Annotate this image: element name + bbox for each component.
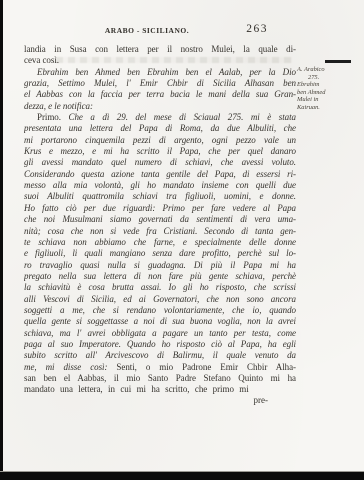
text-line: presentata una lettera del Papa di Roma,… [24, 123, 296, 134]
text-segment: la schiavitù è cosa brutta assai. Io gli… [24, 282, 296, 292]
text-segment: san ben el Aabbas, il mio Santo Padre St… [24, 373, 296, 383]
text-line: paga al suo Imperatore. Quando ho rispos… [24, 339, 296, 350]
text-line: ro travaglio quasi nulla si guadagna. Di… [24, 260, 296, 271]
text-segment: mandato una lettera, in cui mi ha scritt… [24, 384, 249, 394]
text-line: Ebrahim ben Ahmed ben Ebrahim ben el Aal… [24, 67, 296, 78]
text-segment: paga al suo Imperatore. Quando ho rispos… [24, 339, 296, 349]
text-segment: nità; cosa che non si vede fra Cristiani… [24, 226, 296, 236]
text-segment: Senti, o mio Padrone Emir Chbir Alha- [116, 362, 296, 372]
text-segment: presentata una lettera del Papa di Roma,… [24, 123, 296, 133]
page-number: 263 [246, 23, 268, 35]
text-segment: Krus e mezzo, e mi ha scritto il Papa, c… [24, 146, 296, 156]
margin-note-line: Ebrahim [297, 81, 357, 89]
text-segment: dezza, e le notifica: [24, 101, 93, 111]
text-segment: quella gente si soggettasse a noi di sua… [24, 316, 296, 326]
text-segment: Ho fatto ciò per due riguardi: Primo per… [24, 203, 296, 213]
scan-edge-left [0, 0, 3, 480]
body-text: landia in Susa con lettera per il nostro… [24, 44, 296, 396]
text-line: mi portarono cinquemila pezzi di argento… [24, 135, 296, 146]
text-segment: gli avessi mandato quel numero di schiav… [24, 157, 296, 167]
margin-note-line: ben Ahmed [297, 89, 357, 97]
text-line: alli Vescovi di Sicilia, ed ai Governato… [24, 294, 296, 305]
text-segment: ro travaglio quasi nulla si guadagna. Di… [24, 260, 296, 270]
text-line: pregato nella sua lettera di non fare pi… [24, 271, 296, 282]
header-title: ARABO - SICILIANO. [24, 26, 270, 35]
text-segment: Primo. [37, 112, 69, 122]
text-segment: Che a dì 29. del mese di Sciaual 275. mi… [69, 112, 297, 122]
text-segment: e figliuoli, li quali mangiano senza dar… [24, 248, 296, 258]
text-line: Primo. Che a dì 29. del mese di Sciaual … [24, 112, 296, 123]
text-line: che noi Musulmani siamo governati da sen… [24, 214, 296, 225]
margin-note-lines: A. Arabico275.Ebrahimben AhmedMulei inKa… [297, 66, 357, 111]
text-line: gli avessi mandato quel numero di schiav… [24, 157, 296, 168]
text-segment: Ebrahim ben Ahmed ben Ebrahim ben el Aal… [37, 67, 296, 77]
margin-note-rule [325, 60, 351, 63]
text-line: me, mi disse così: Senti, o mio Padrone … [24, 362, 296, 373]
text-segment: mi portarono cinquemila pezzi di argento… [24, 135, 296, 145]
text-segment: soggetti a me, che si rendano volontaria… [24, 305, 296, 315]
text-line: suoi Albuliti quattromila schiavi tra fi… [24, 191, 296, 202]
text-line: dezza, e le notifica: [24, 101, 296, 112]
text-line: schiava, ma l' avrei obbligata a pagare … [24, 328, 296, 339]
text-line: san ben el Aabbas, il mio Santo Padre St… [24, 373, 296, 384]
text-line: Ho fatto ciò per due riguardi: Primo per… [24, 203, 296, 214]
margin-note: A. Arabico275.Ebrahimben AhmedMulei inKa… [297, 60, 357, 111]
text-line: te schiava non abbiamo che farne, e spec… [24, 237, 296, 248]
text-line: quella gente si soggettasse a noi di sua… [24, 316, 296, 327]
text-line: la schiavitù è cosa brutta assai. Io gli… [24, 282, 296, 293]
margin-note-line: 275. [297, 74, 357, 82]
text-line: landia in Susa con lettera per il nostro… [24, 44, 296, 55]
margin-note-line: A. Arabico [297, 66, 357, 74]
text-line: grazia, Settimo Mulei, l' Emir Chbir di … [24, 78, 296, 89]
text-line: Considerando questa azione tanta gentile… [24, 169, 296, 180]
text-line: e figliuoli, li quali mangiano senza dar… [24, 248, 296, 259]
text-segment: Considerando questa azione tanta gentile… [24, 169, 296, 179]
text-segment: ceva così. [24, 55, 59, 65]
running-header: ARABO - SICILIANO. 263 [24, 26, 296, 40]
catchword: pre- [24, 395, 296, 405]
text-segment: che noi Musulmani siamo governati da sen… [24, 214, 296, 224]
text-segment: subito scritto all' Arcivescovo di Balir… [24, 350, 296, 360]
text-segment: te schiava non abbiamo che farne, e spec… [24, 237, 296, 247]
text-segment: alli Vescovi di Sicilia, ed ai Governato… [24, 294, 296, 304]
scanned-page: ARABO - SICILIANO. 263 landia in Susa co… [0, 0, 364, 480]
text-segment: schiava, ma l' avrei obbligata a pagare … [24, 328, 296, 338]
text-segment: me, mi disse così: [24, 362, 116, 372]
text-line: nità; cosa che non si vede fra Cristiani… [24, 226, 296, 237]
text-line: ceva così. [24, 55, 296, 66]
scan-edge-bottom [0, 471, 364, 480]
text-line: Krus e mezzo, e mi ha scritto il Papa, c… [24, 146, 296, 157]
text-line: el Aabbas con la faccia per terra bacia … [24, 89, 296, 100]
text-segment: suoi Albuliti quattromila schiavi tra fi… [24, 191, 296, 201]
margin-note-line: Mulei in [297, 96, 357, 104]
text-segment: el Aabbas con la faccia per terra bacia … [24, 89, 296, 99]
text-segment: grazia, Settimo Mulei, l' Emir Chbir di … [24, 78, 296, 88]
margin-note-line: Kairuan. [297, 104, 357, 112]
text-line: messo alla mia volontà, gli ho mandato i… [24, 180, 296, 191]
text-segment: landia in Susa con lettera per il nostro… [24, 44, 296, 54]
text-line: soggetti a me, che si rendano volontaria… [24, 305, 296, 316]
text-line: subito scritto all' Arcivescovo di Balir… [24, 350, 296, 361]
text-segment: pregato nella sua lettera di non fare pi… [24, 271, 296, 281]
text-line: mandato una lettera, in cui mi ha scritt… [24, 384, 296, 395]
text-segment: messo alla mia volontà, gli ho mandato i… [24, 180, 296, 190]
